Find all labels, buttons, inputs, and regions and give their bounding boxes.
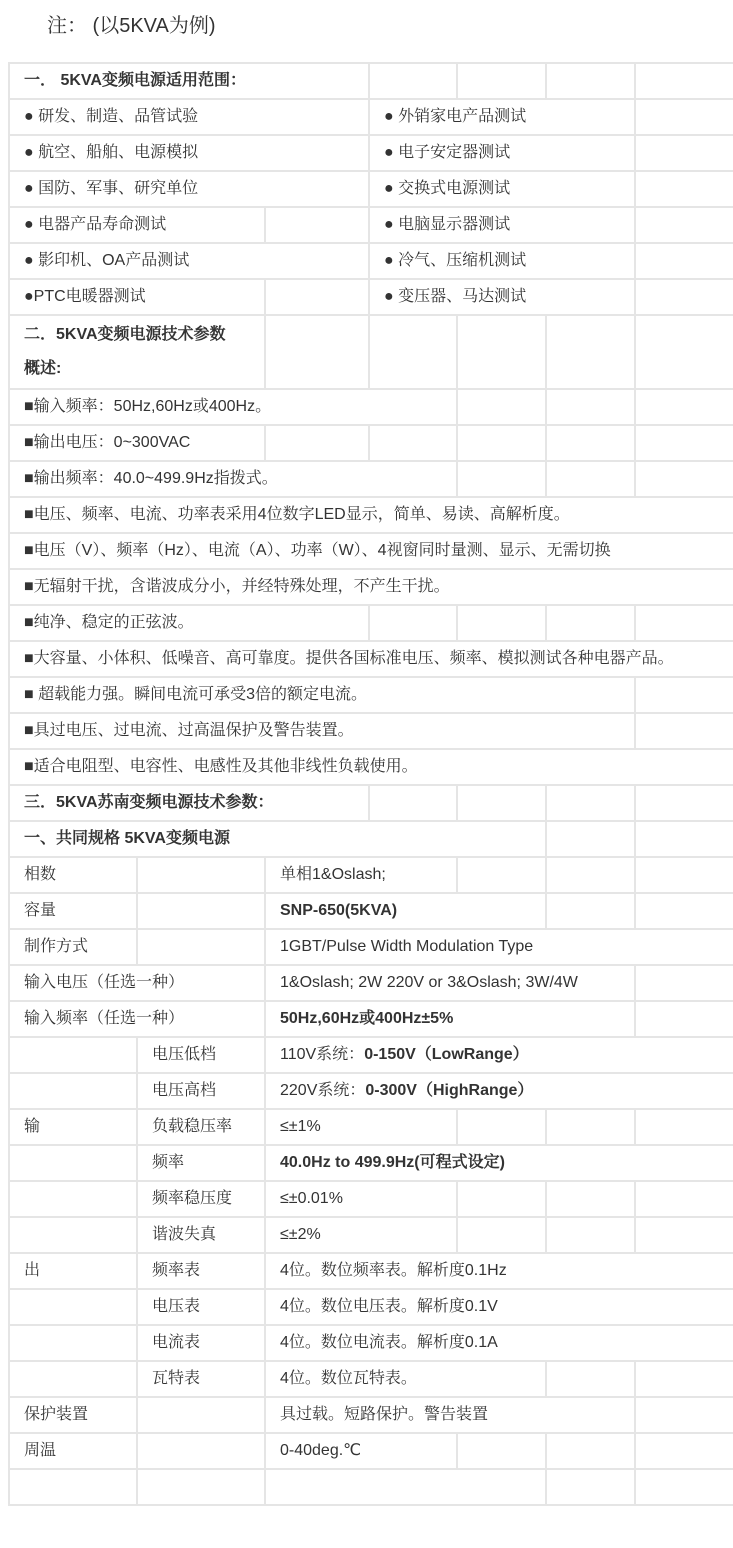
empty-cell [137,1469,265,1505]
spec-row-load-regulation: 输 负载稳压率 ≤±1% [9,1109,733,1145]
scope-item: ●PTC电暖器测试 [9,279,265,315]
spec-table-container: 一． 5KVA变频电源适用范围： ● 研发、制造、品管试验 ● 外销家电产品测试… [8,62,732,1506]
empty-cell [457,605,546,641]
empty-cell [457,1109,546,1145]
scope-row: ● 影印机、OA产品测试 ● 冷气、压缩机测试 [9,243,733,279]
scope-row: ●PTC电暖器测试 ● 变压器、马达测试 [9,279,733,315]
spec-value: 110V系统：0-150V（LowRange） [265,1037,733,1073]
spec-label: 输 [9,1109,137,1145]
section1-header-row: 一． 5KVA变频电源适用范围： [9,63,733,99]
empty-cell [457,389,546,425]
scope-item: ● 变压器、马达测试 [369,279,635,315]
spec-sub: 电流表 [137,1325,265,1361]
section3-subtitle: 一、共同规格 5KVA变频电源 [9,821,546,857]
feature-row: ■适合电阻型、电容性、电感性及其他非线性负载使用。 [9,749,733,785]
feature-row: ■大容量、小体积、低噪音、高可靠度。提供各国标准电压、频率、模拟测试各种电器产品… [9,641,733,677]
feature-text: ■输出电压：0~300VAC [9,425,265,461]
feature-text: ■电压、频率、电流、功率表采用4位数字LED显示，简单、易读、高解析度。 [9,497,733,533]
empty-cell [9,1469,137,1505]
spec-value: 40.0Hz to 499.9Hz(可程式设定) [265,1145,733,1181]
empty-cell [635,965,733,1001]
empty-cell [457,1217,546,1253]
spec-value: 4位。数位电流表。解析度0.1A [265,1325,733,1361]
note-text: 注： (以5KVA为例) [47,9,216,38]
feature-row: ■具过电压、过电流、过高温保护及警告装置。 [9,713,733,749]
spec-sub: 谐波失真 [137,1217,265,1253]
empty-cell [457,1181,546,1217]
empty-cell [369,785,457,821]
spec-sub [137,1433,265,1469]
spec-row-ambient-temp: 周温 0-40deg.℃ [9,1433,733,1469]
scope-item: ● 研发、制造、品管试验 [9,99,369,135]
feature-text: ■电压（V）、频率（Hz）、电流（A）、功率（W）、4视窗同时量测、显示、无需切… [9,533,733,569]
spec-row-harmonic-distortion: 谐波失真 ≤±2% [9,1217,733,1253]
empty-cell [635,785,733,821]
scope-item: ● 影印机、OA产品测试 [9,243,369,279]
spec-value: ≤±1% [265,1109,457,1145]
spec-sub: 电压表 [137,1289,265,1325]
section2-title: 二．5KVA变频电源技术参数 [24,318,264,352]
spec-value-prefix: 110V系统： [280,1046,364,1063]
spec-row-voltage-high: 电压高档 220V系统：0-300V（HighRange） [9,1073,733,1109]
empty-cell [635,1217,733,1253]
empty-cell [457,461,546,497]
section3-subheader-row: 一、共同规格 5KVA变频电源 [9,821,733,857]
scope-item: ● 国防、军事、研究单位 [9,171,369,207]
empty-cell [635,713,733,749]
empty-cell [265,279,369,315]
empty-cell [635,279,733,315]
empty-cell [457,1433,546,1469]
scope-item: ● 冷气、压缩机测试 [369,243,635,279]
spec-row-voltage-meter: 电压表 4位。数位电压表。解析度0.1V [9,1289,733,1325]
empty-cell [635,135,733,171]
empty-cell [635,605,733,641]
spec-label [9,1073,137,1109]
empty-cell [635,207,733,243]
spec-label: 制作方式 [9,929,137,965]
empty-cell [635,461,733,497]
spec-label [9,1289,137,1325]
spec-value: ≤±2% [265,1217,457,1253]
spec-sub [137,857,265,893]
spec-row-voltage-low: 电压低档 110V系统：0-150V（LowRange） [9,1037,733,1073]
empty-cell [635,389,733,425]
empty-cell [369,63,457,99]
scope-item: ● 电脑显示器测试 [369,207,635,243]
spec-row-capacity: 容量 SNP-650(5KVA) [9,893,733,929]
trailing-row [9,1469,733,1505]
spec-sub: 瓦特表 [137,1361,265,1397]
feature-text: ■输入频率：50Hz,60Hz或400Hz。 [9,389,457,425]
spec-value-bold: 0-150V（LowRange） [364,1046,529,1063]
spec-value: 单相1&Oslash; [265,857,457,893]
feature-text: ■纯净、稳定的正弦波。 [9,605,369,641]
section3-title: 三．5KVA苏南变频电源技术参数： [9,785,369,821]
feature-row: ■电压、频率、电流、功率表采用4位数字LED显示，简单、易读、高解析度。 [9,497,733,533]
feature-row: ■无辐射干扰，含谐波成分小，并经特殊处理，不产生干扰。 [9,569,733,605]
section2-header-row: 二．5KVA变频电源技术参数 概述: [9,315,733,389]
empty-cell [546,63,635,99]
scope-row: ● 研发、制造、品管试验 ● 外销家电产品测试 [9,99,733,135]
feature-row: ■电压（V）、频率（Hz）、电流（A）、功率（W）、4视窗同时量测、显示、无需切… [9,533,733,569]
spec-table: 一． 5KVA变频电源适用范围： ● 研发、制造、品管试验 ● 外销家电产品测试… [8,62,733,1506]
empty-cell [635,1469,733,1505]
spec-label: 容量 [9,893,137,929]
spec-sub: 频率 [137,1145,265,1181]
feature-row: ■输出频率：40.0~499.9Hz指拨式。 [9,461,733,497]
spec-value: 1GBT/Pulse Width Modulation Type [265,929,733,965]
empty-cell [265,207,369,243]
empty-cell [457,425,546,461]
empty-cell [265,425,369,461]
empty-cell [635,1109,733,1145]
spec-value: 4位。数位瓦特表。 [265,1361,546,1397]
spec-row-input-voltage: 输入电压（任选一种） 1&Oslash; 2W 220V or 3&Oslash… [9,965,733,1001]
empty-cell [635,315,733,389]
empty-cell [635,1433,733,1469]
feature-row: ■输入频率：50Hz,60Hz或400Hz。 [9,389,733,425]
empty-cell [457,857,546,893]
empty-cell [546,1469,635,1505]
empty-cell [546,785,635,821]
scope-item: ● 交换式电源测试 [369,171,635,207]
spec-label: 出 [9,1253,137,1289]
empty-cell [546,425,635,461]
spec-value: ≤±0.01% [265,1181,457,1217]
spec-sub: 负载稳压率 [137,1109,265,1145]
spec-value: 220V系统：0-300V（HighRange） [265,1073,733,1109]
feature-text: ■适合电阻型、电容性、电感性及其他非线性负载使用。 [9,749,733,785]
empty-cell [546,1217,635,1253]
spec-label [9,1217,137,1253]
empty-cell [457,785,546,821]
scope-item: ● 电器产品寿命测试 [9,207,265,243]
spec-sub: 电压高档 [137,1073,265,1109]
empty-cell [546,1181,635,1217]
spec-row-method: 制作方式 1GBT/Pulse Width Modulation Type [9,929,733,965]
spec-value: 50Hz,60Hz或400Hz±5% [265,1001,635,1037]
feature-row: ■ 超载能力强。瞬间电流可承受3倍的额定电流。 [9,677,733,713]
spec-row-frequency-meter: 出 频率表 4位。数位频率表。解析度0.1Hz [9,1253,733,1289]
spec-row-input-frequency: 输入频率（任选一种） 50Hz,60Hz或400Hz±5% [9,1001,733,1037]
empty-cell [546,1361,635,1397]
empty-cell [546,893,635,929]
spec-row-frequency: 频率 40.0Hz to 499.9Hz(可程式设定) [9,1145,733,1181]
spec-label [9,1181,137,1217]
empty-cell [369,315,457,389]
section2-subtitle: 概述: [24,352,264,386]
empty-cell [635,1001,733,1037]
spec-label: 输入电压（任选一种） [9,965,265,1001]
empty-cell [635,677,733,713]
empty-cell [546,1433,635,1469]
spec-value: SNP-650(5KVA) [265,893,546,929]
empty-cell [635,893,733,929]
feature-row: ■输出电压：0~300VAC [9,425,733,461]
empty-cell [546,821,635,857]
empty-cell [635,1397,733,1433]
empty-cell [635,63,733,99]
empty-cell [635,171,733,207]
feature-text: ■ 超载能力强。瞬间电流可承受3倍的额定电流。 [9,677,635,713]
empty-cell [635,1361,733,1397]
empty-cell [265,1469,546,1505]
empty-cell [546,461,635,497]
scope-item: ● 外销家电产品测试 [369,99,635,135]
spec-row-current-meter: 电流表 4位。数位电流表。解析度0.1A [9,1325,733,1361]
section1-title: 一． 5KVA变频电源适用范围： [9,63,369,99]
spec-sub [137,929,265,965]
scope-row: ● 电器产品寿命测试 ● 电脑显示器测试 [9,207,733,243]
spec-label [9,1037,137,1073]
spec-value: 4位。数位频率表。解析度0.1Hz [265,1253,733,1289]
section3-header-row: 三．5KVA苏南变频电源技术参数： [9,785,733,821]
spec-label [9,1145,137,1181]
spec-row-phase: 相数 单相1&Oslash; [9,857,733,893]
feature-text: ■输出频率：40.0~499.9Hz指拨式。 [9,461,457,497]
empty-cell [546,315,635,389]
feature-text: ■具过电压、过电流、过高温保护及警告装置。 [9,713,635,749]
empty-cell [546,605,635,641]
spec-sub: 频率表 [137,1253,265,1289]
spec-value-prefix: 220V系统： [280,1082,365,1099]
empty-cell [635,243,733,279]
empty-cell [369,425,457,461]
empty-cell [635,857,733,893]
empty-cell [457,315,546,389]
spec-label: 保护装置 [9,1397,137,1433]
spec-row-protection: 保护装置 具过载。短路保护。警告装置 [9,1397,733,1433]
spec-sub [137,1397,265,1433]
feature-row: ■纯净、稳定的正弦波。 [9,605,733,641]
spec-row-watt-meter: 瓦特表 4位。数位瓦特表。 [9,1361,733,1397]
scope-row: ● 国防、军事、研究单位 ● 交换式电源测试 [9,171,733,207]
spec-label [9,1325,137,1361]
feature-text: ■大容量、小体积、低噪音、高可靠度。提供各国标准电压、频率、模拟测试各种电器产品… [9,641,733,677]
empty-cell [546,389,635,425]
scope-item: ● 电子安定器测试 [369,135,635,171]
spec-sub [137,893,265,929]
scope-item: ● 航空、船舶、电源模拟 [9,135,369,171]
empty-cell [265,315,369,389]
spec-value: 具过载。短路保护。警告装置 [265,1397,635,1433]
feature-text: ■无辐射干扰，含谐波成分小，并经特殊处理，不产生干扰。 [9,569,733,605]
spec-sub: 频率稳压度 [137,1181,265,1217]
empty-cell [635,1181,733,1217]
spec-label: 输入频率（任选一种） [9,1001,265,1037]
scope-row: ● 航空、船舶、电源模拟 ● 电子安定器测试 [9,135,733,171]
empty-cell [546,1109,635,1145]
empty-cell [369,605,457,641]
spec-value-bold: 0-300V（HighRange） [365,1082,533,1099]
spec-label [9,1361,137,1397]
spec-sub: 电压低档 [137,1037,265,1073]
empty-cell [457,63,546,99]
empty-cell [635,821,733,857]
section2-heading: 二．5KVA变频电源技术参数 概述: [9,315,265,389]
spec-row-frequency-stability: 频率稳压度 ≤±0.01% [9,1181,733,1217]
spec-value: 4位。数位电压表。解析度0.1V [265,1289,733,1325]
spec-value: 1&Oslash; 2W 220V or 3&Oslash; 3W/4W [265,965,635,1001]
empty-cell [635,425,733,461]
empty-cell [635,99,733,135]
empty-cell [546,857,635,893]
spec-label: 周温 [9,1433,137,1469]
spec-label: 相数 [9,857,137,893]
spec-value: 0-40deg.℃ [265,1433,457,1469]
